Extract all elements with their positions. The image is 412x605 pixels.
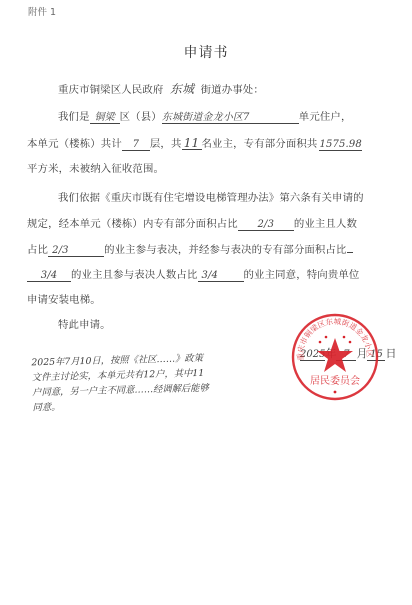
p2-line4: 3/4的业主且参与表决人数占比3/4的业主同意，特向贵单位 xyxy=(27,266,359,282)
p2-line1: 我们依据《重庆市既有住宅增设电梯管理办法》第六条有关申请的 xyxy=(58,189,364,204)
p2-line5: 申请安装电梯。 xyxy=(27,291,101,306)
p1-text: 本单元（楼栋）共计 xyxy=(27,138,122,150)
p2-text: 的业主且参与表决人数占比 xyxy=(71,269,198,281)
p2-text: 的业主参与表决，并经参与表决的专有部分面积占比 xyxy=(104,244,346,256)
district-field: 铜梁 xyxy=(90,112,120,124)
handwritten-note: 2025年7月10日，按照《社区……》政策文件主讨论实，本单元共有12户，其中1… xyxy=(31,351,213,416)
p1-text: 区（县） xyxy=(120,111,162,123)
addressee-line: 重庆市铜梁区人民政府 东城 街道办事处： xyxy=(58,80,264,97)
addressee-suffix: 街道办事处： xyxy=(201,84,264,96)
p1-line2: 本单元（楼栋）共计7层，共11名业主，专有部分面积共1575.98 xyxy=(27,135,362,151)
p2-line3: 占比2/3的业主参与表决，并经参与表决的专有部分面积占比 xyxy=(27,241,353,257)
p2-text: 规定，经本单元（楼栋）内专有部分面积占比 xyxy=(27,218,238,230)
attachment-label: 附件 1 xyxy=(28,4,56,18)
underline-stub xyxy=(347,252,353,253)
addressee-prefix: 重庆市铜梁区人民政府 xyxy=(58,84,163,96)
official-seal-icon: 重庆市铜梁区东城街道金龙小区 居民委员会 xyxy=(290,312,380,402)
address-field: 东城街道金龙小区7 xyxy=(162,112,299,124)
p1-line3: 平方米，未被纳入征收范围。 xyxy=(27,160,164,175)
vote-area-ratio-field: 3/4 xyxy=(27,270,71,282)
owners-field: 11 xyxy=(182,138,202,150)
closing-text: 特此申请。 xyxy=(58,316,111,331)
p2-text: 的业主同意，特向贵单位 xyxy=(244,269,360,281)
p1-text: 单元住户， xyxy=(299,111,352,123)
p1-text: 层，共 xyxy=(150,138,182,150)
document-title: 申请书 xyxy=(0,42,412,62)
p1-text: 我们是 xyxy=(58,111,90,123)
headcount-ratio-field: 2/3 xyxy=(48,245,104,257)
p2-text: 的业主且人数 xyxy=(294,218,357,230)
day-label: 日 xyxy=(385,347,396,360)
seal-bottom-text: 居民委员会 xyxy=(310,374,360,387)
vote-headcount-ratio-field: 3/4 xyxy=(198,270,244,282)
area-ratio-field: 2/3 xyxy=(238,219,294,231)
p2-line2: 规定，经本单元（楼栋）内专有部分面积占比2/3的业主且人数 xyxy=(27,215,357,231)
street-handwritten: 东城 xyxy=(170,82,194,96)
p1-line1: 我们是铜梁区（县）东城街道金龙小区7单元住户， xyxy=(58,108,352,124)
p1-text: 名业主，专有部分面积共 xyxy=(202,138,318,150)
floors-field: 7 xyxy=(122,139,150,151)
area-field: 1575.98 xyxy=(319,139,361,151)
p2-text: 占比 xyxy=(27,244,48,256)
